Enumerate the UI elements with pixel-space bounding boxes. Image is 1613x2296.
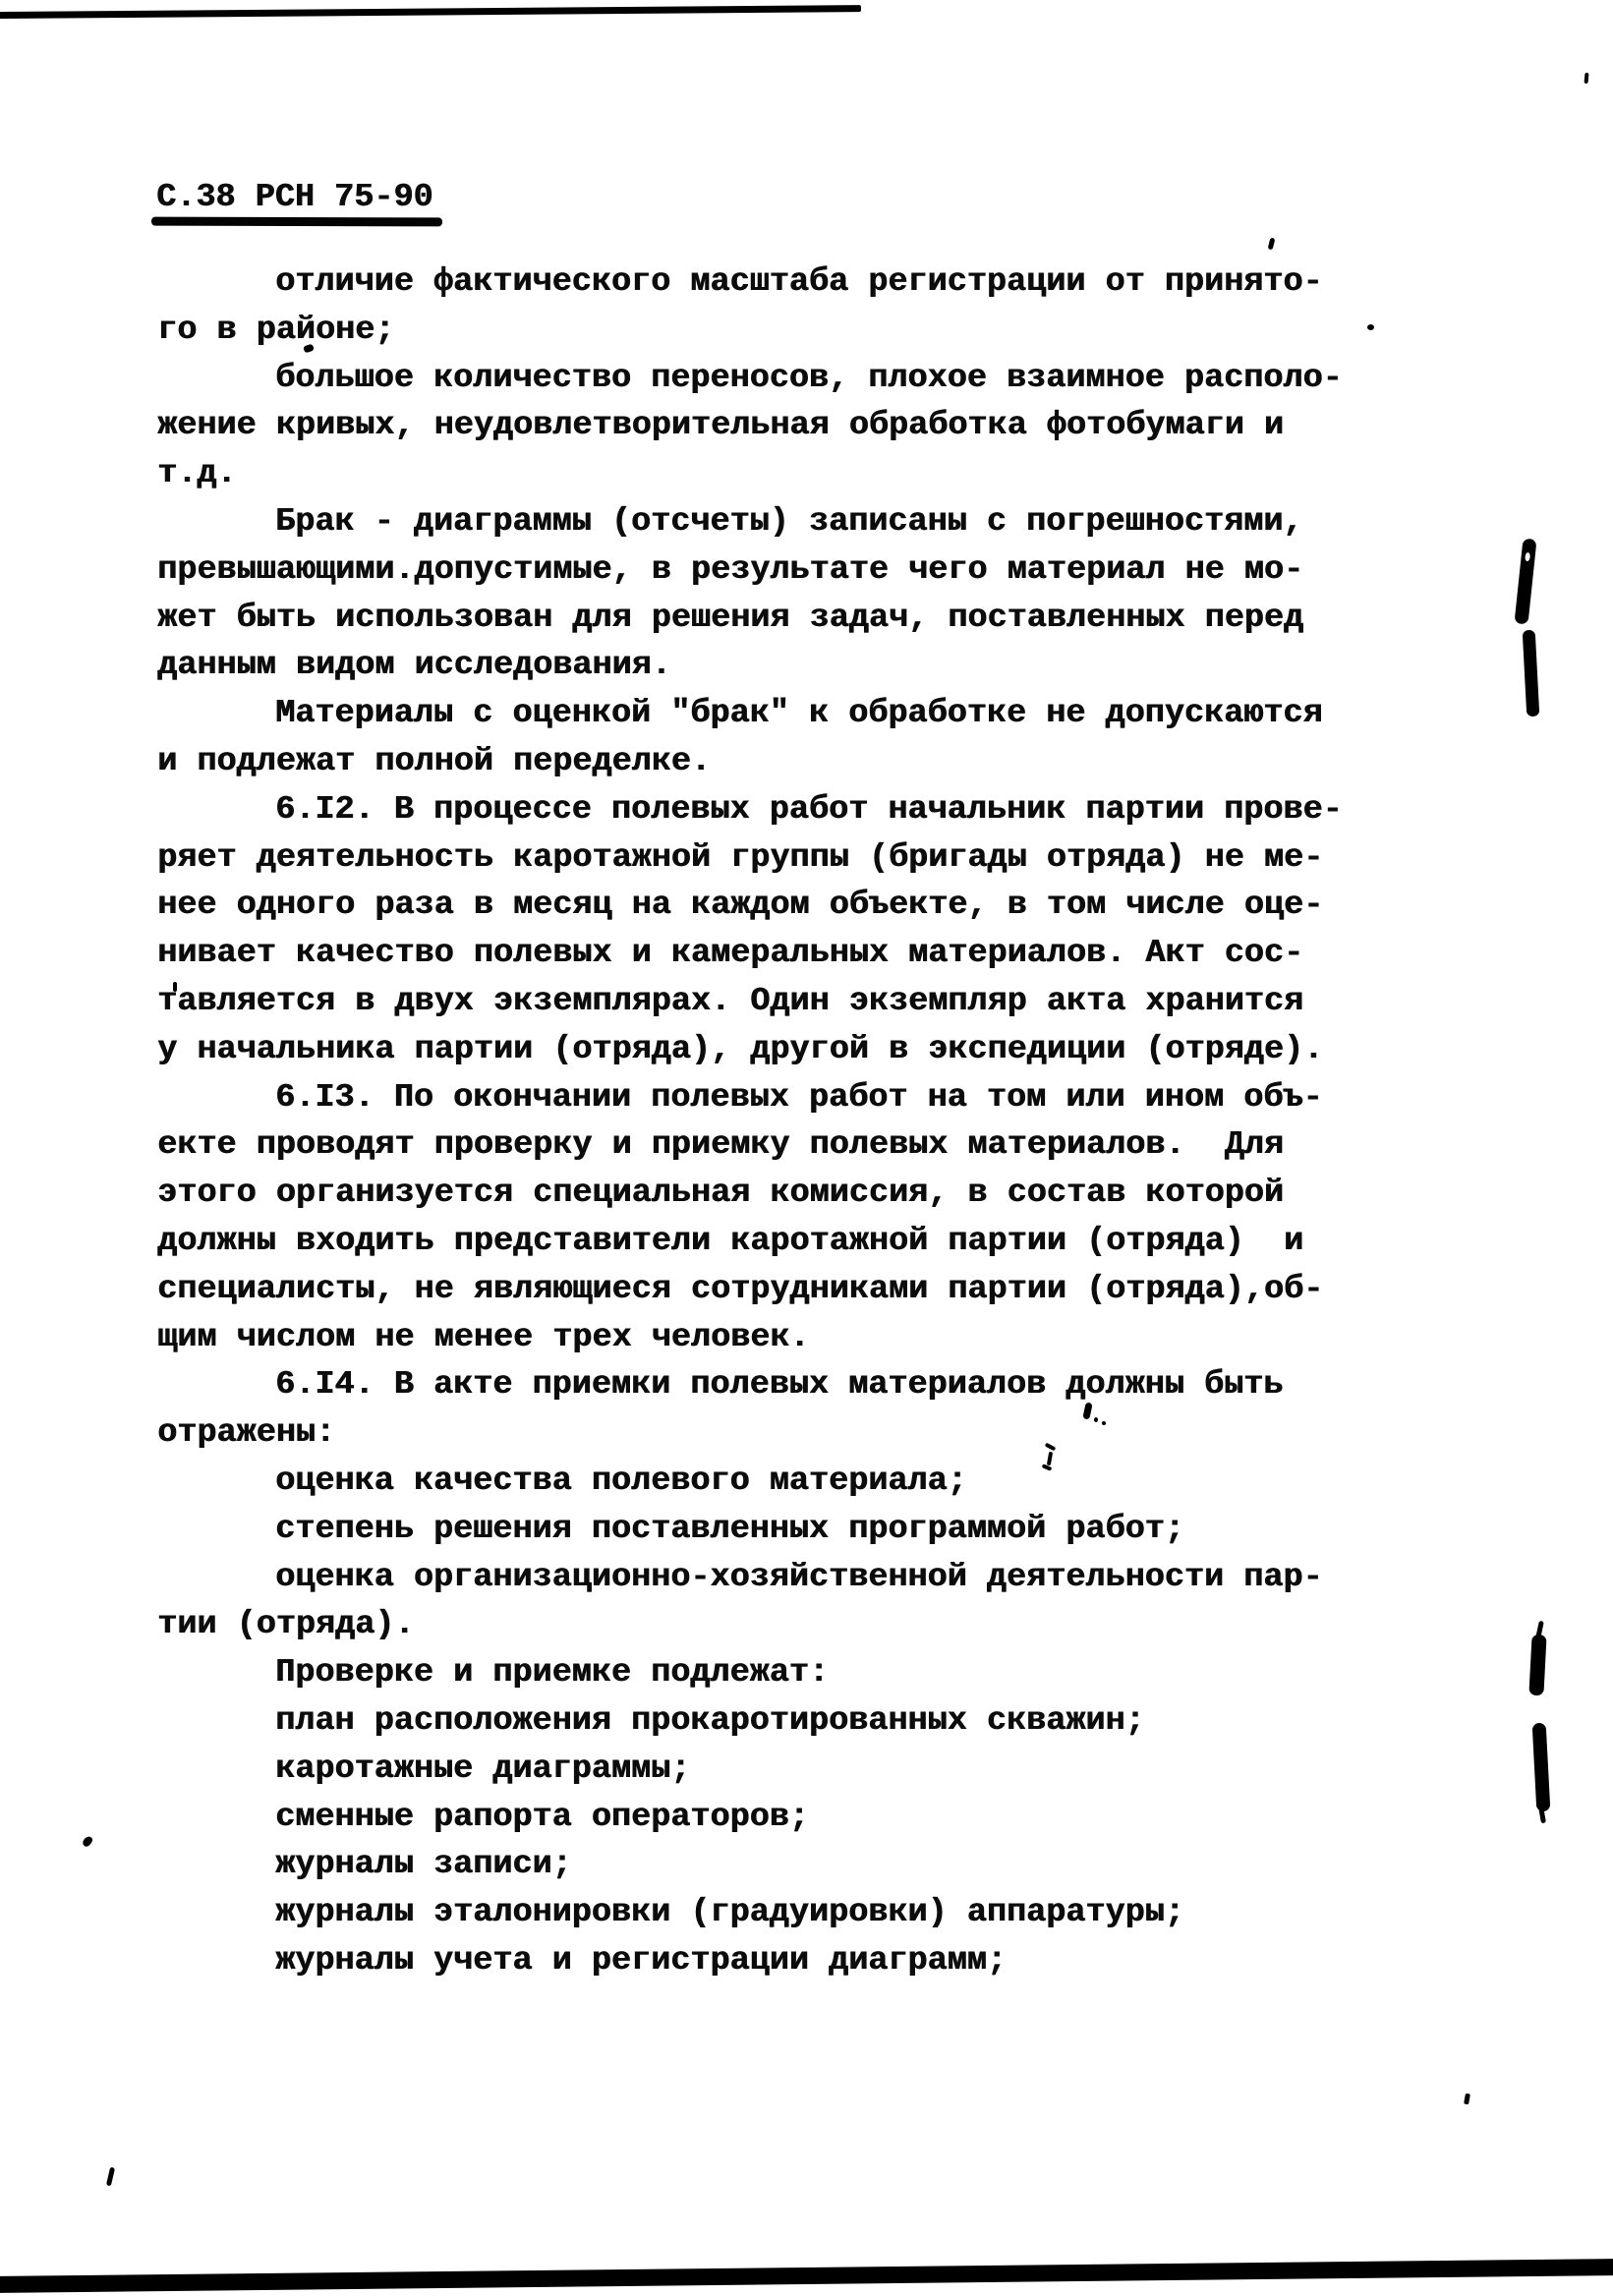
text-line: тии (отряда). bbox=[157, 1601, 1474, 1649]
scan-speck bbox=[1268, 238, 1276, 251]
text-line: екте проводят проверку и приемку полевых… bbox=[157, 1121, 1474, 1170]
text-line: нее одного раза в месяц на каждом объект… bbox=[157, 882, 1474, 930]
text-line: отражены: bbox=[157, 1409, 1474, 1458]
ink-mark bbox=[1523, 630, 1540, 717]
text-line: жет быть использован для решения задач, … bbox=[157, 595, 1474, 643]
text-line: сменные рапорта операторов; bbox=[157, 1794, 1474, 1842]
text-line: оценка организационно-хозяйственной деят… bbox=[157, 1554, 1474, 1602]
scan-speck bbox=[1094, 1417, 1098, 1422]
text-line: Проверке и приемке подлежат: bbox=[157, 1649, 1474, 1697]
scan-speck bbox=[1102, 1421, 1106, 1425]
ink-mark bbox=[1514, 539, 1536, 625]
ink-mark bbox=[1532, 1723, 1551, 1812]
text-line: и подлежат полной переделке. bbox=[157, 738, 1474, 786]
text-line: т.д. bbox=[157, 450, 1474, 498]
text-line: Брак - диаграммы (отсчеты) записаны с по… bbox=[157, 498, 1474, 546]
text-line: отличие фактического масштаба регистраци… bbox=[157, 258, 1474, 307]
text-line: превышающими.допустимые, в результате че… bbox=[157, 546, 1474, 595]
text-line: ряет деятельность каротажной группы (бри… bbox=[157, 834, 1474, 883]
text-line: у начальника партии (отряда), другой в э… bbox=[157, 1026, 1474, 1074]
document-text-block: отличие фактического масштаба регистраци… bbox=[157, 258, 1474, 1985]
text-line: нивает качество полевых и камеральных ма… bbox=[157, 930, 1474, 978]
text-line: степень решения поставленных программой … bbox=[157, 1506, 1474, 1554]
scan-speck bbox=[1584, 73, 1589, 84]
text-line: жение кривых, неудовлетворительная обраб… bbox=[157, 402, 1474, 450]
header-underline bbox=[151, 217, 442, 227]
text-line: 6.I4. В акте приемки полевых материалов … bbox=[157, 1361, 1474, 1409]
scanned-document-page: С.38 РСН 75-90 отличие фактического масш… bbox=[0, 0, 1613, 2296]
scan-speck bbox=[1464, 2094, 1470, 2105]
text-line: данным видом исследования. bbox=[157, 642, 1474, 690]
page-header: С.38 РСН 75-90 bbox=[156, 178, 432, 217]
text-line: должны входить представители каротажной … bbox=[157, 1218, 1474, 1266]
text-line: Материалы с оценкой "брак" к обработке н… bbox=[157, 690, 1474, 738]
text-line: го в районе; bbox=[157, 307, 1474, 355]
text-line: щим числом не менее трех человек. bbox=[157, 1314, 1474, 1362]
ink-mark bbox=[1528, 1635, 1546, 1696]
scan-speck bbox=[106, 2167, 115, 2187]
scan-speck bbox=[1367, 324, 1374, 330]
text-line: этого организуется специальная комиссия,… bbox=[157, 1170, 1474, 1218]
text-line: тавляется в двух экземплярах. Один экзем… bbox=[157, 978, 1474, 1026]
text-line: журналы записи; bbox=[157, 1841, 1474, 1889]
text-line: 6.I3. По окончании полевых работ на том … bbox=[157, 1074, 1474, 1122]
scan-bottom-edge-line bbox=[0, 2259, 1613, 2293]
scan-top-edge-line bbox=[0, 5, 861, 19]
scan-speck bbox=[173, 982, 177, 992]
text-line: большое количество переносов, плохое вза… bbox=[157, 355, 1474, 403]
text-line: оценка качества полевого материала; bbox=[157, 1458, 1474, 1506]
scan-speck bbox=[82, 1835, 94, 1849]
text-line: журналы учета и регистрации диаграмм; bbox=[157, 1937, 1474, 1985]
text-line: журналы эталонировки (градуировки) аппар… bbox=[157, 1889, 1474, 1937]
text-line: план расположения прокаротированных сква… bbox=[157, 1697, 1474, 1746]
text-line: специалисты, не являющиеся сотрудниками … bbox=[157, 1266, 1474, 1314]
text-line: каротажные диаграммы; bbox=[157, 1746, 1474, 1794]
text-line: 6.I2. В процессе полевых работ начальник… bbox=[157, 786, 1474, 834]
